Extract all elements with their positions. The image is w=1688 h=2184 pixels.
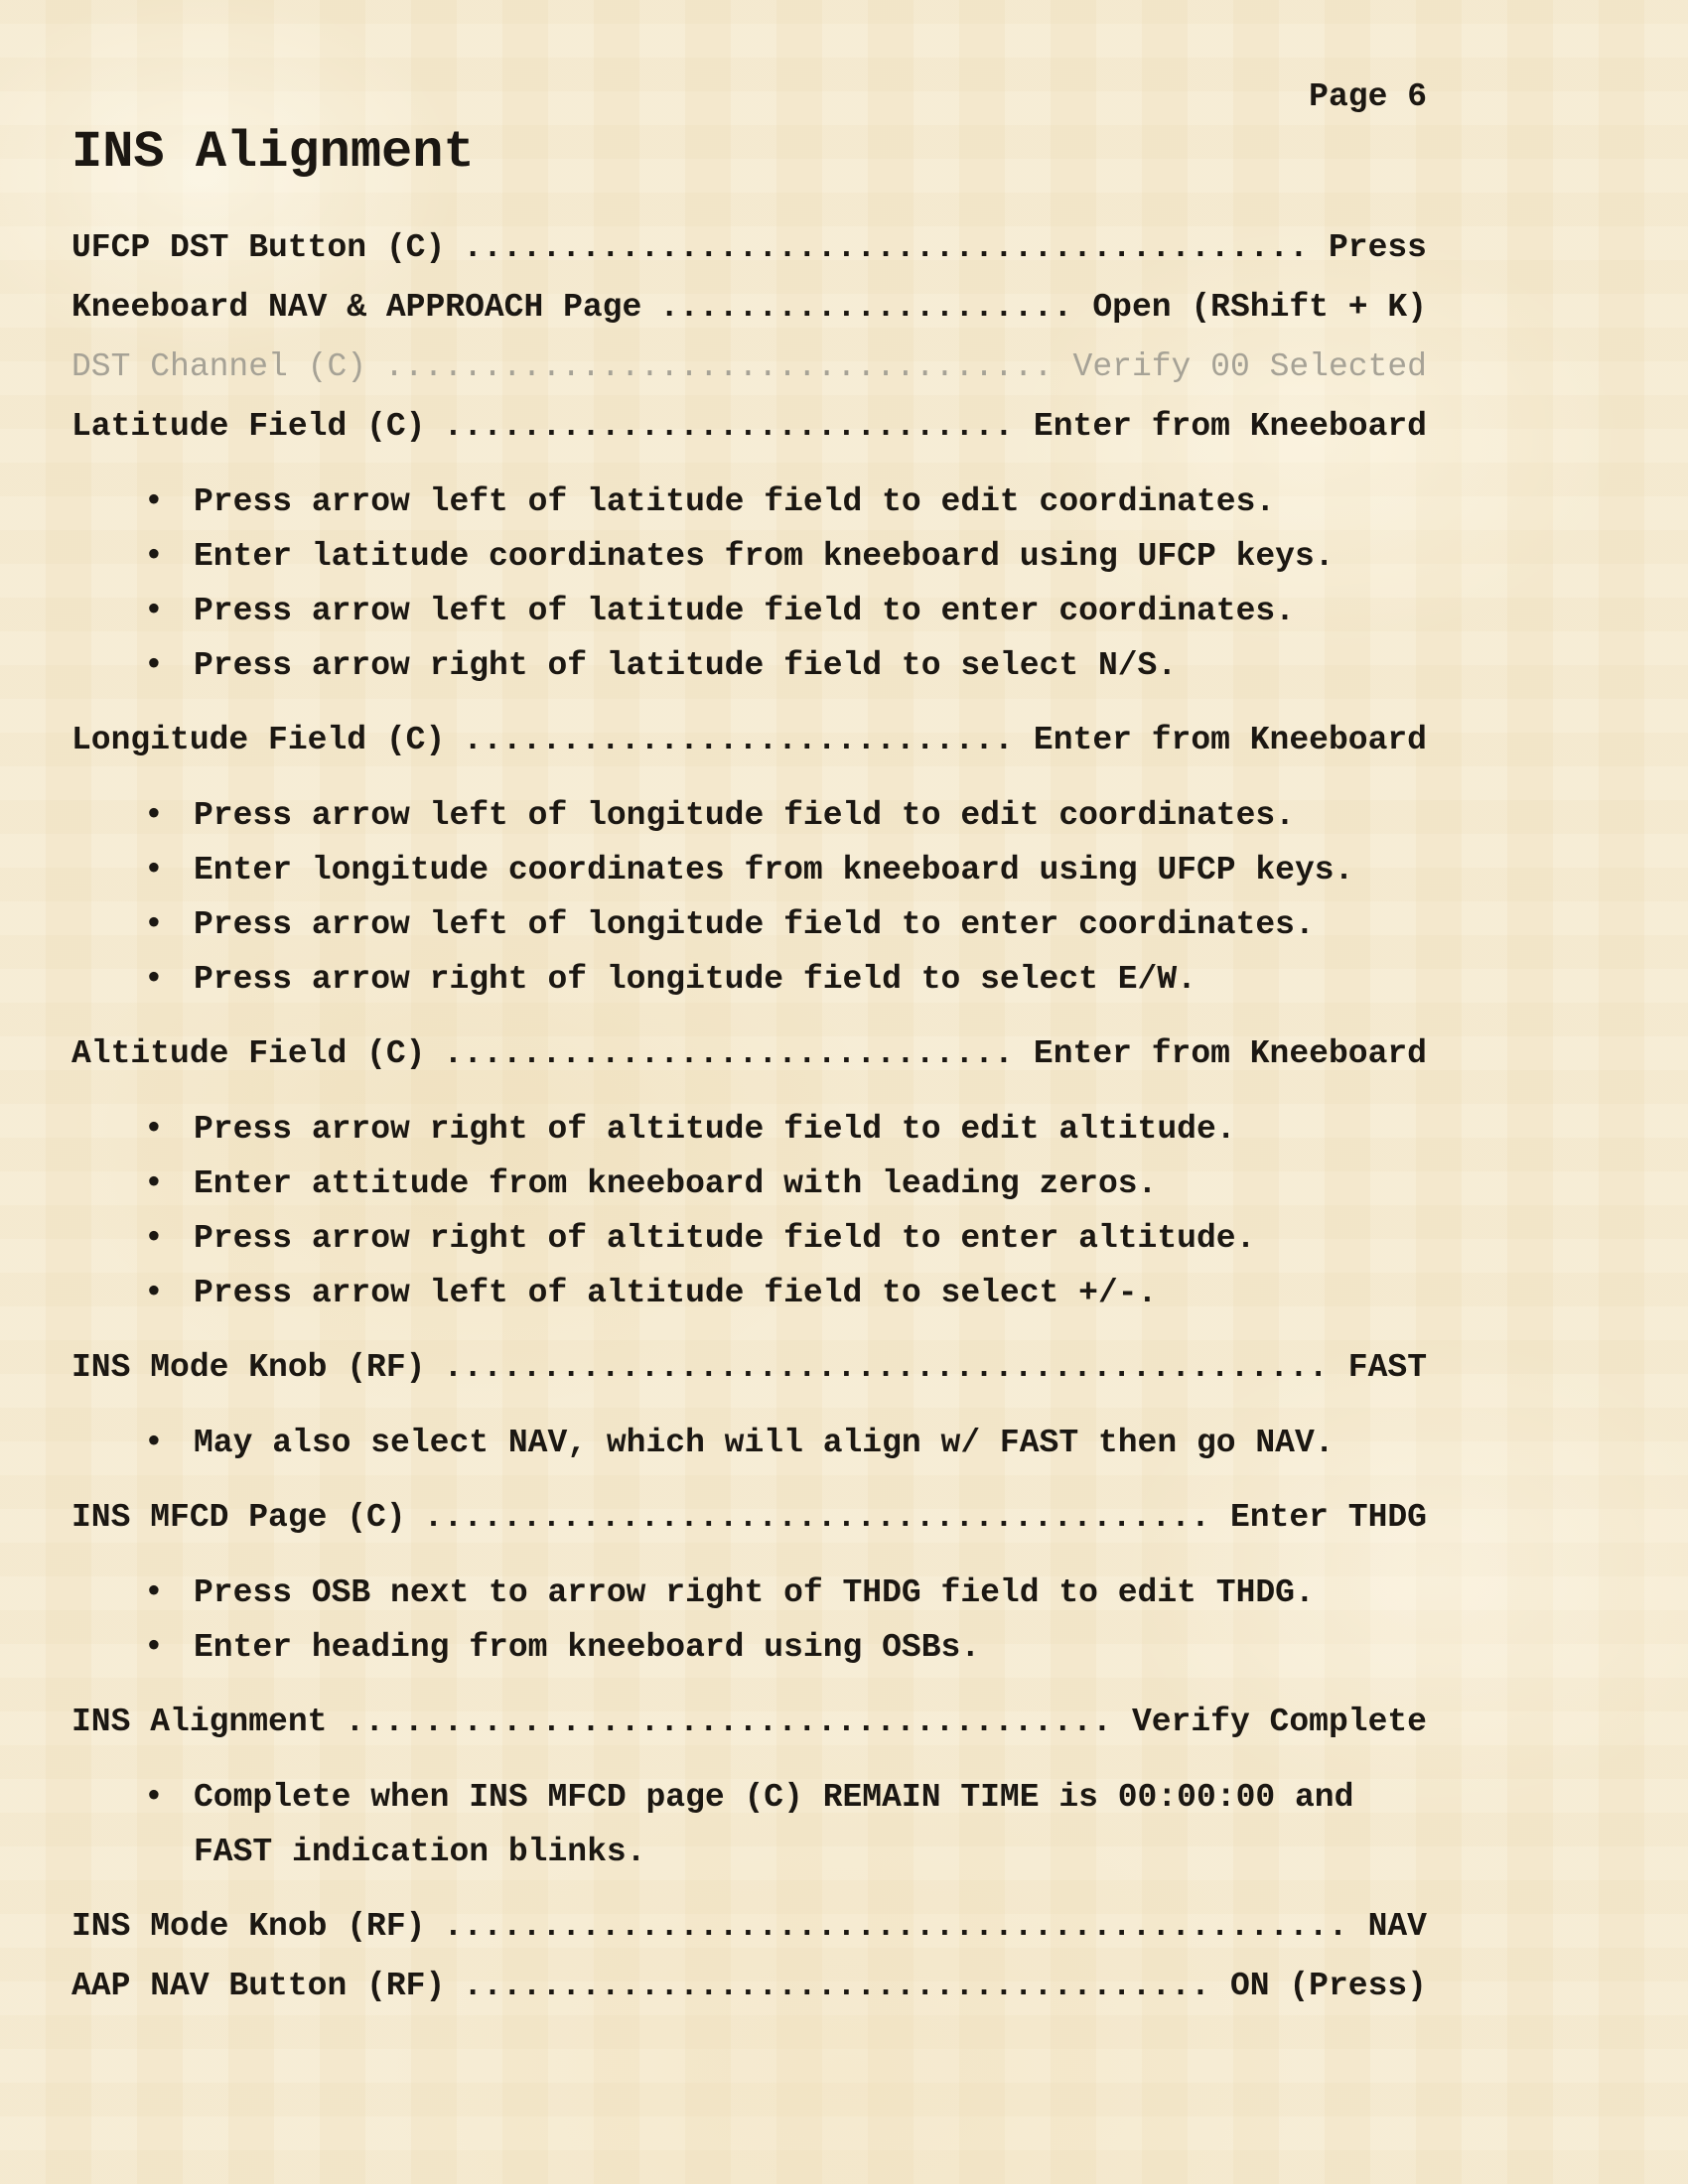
dot-leader: ........................................…	[463, 1967, 1212, 2006]
checklist-item: INS Mode Knob (RF)......................…	[71, 1907, 1427, 1947]
item-label: DST Channel (C)	[71, 347, 366, 387]
checklist-item: Latitude Field (C)......................…	[71, 407, 1427, 447]
checklist-item: INS MFCD Page (C).......................…	[71, 1498, 1427, 1538]
bullet-icon: •	[144, 638, 194, 693]
item-label: Altitude Field (C)	[71, 1034, 425, 1074]
bullet-line: Press arrow right of altitude field to e…	[194, 1211, 1427, 1266]
bullet-item: •May also select NAV, which will align w…	[71, 1416, 1427, 1470]
bullet-text: Press arrow left of longitude field to e…	[194, 897, 1427, 952]
page-title: INS Alignment	[71, 123, 1427, 183]
bullet-text: Complete when INS MFCD page (C) REMAIN T…	[194, 1770, 1427, 1879]
bullet-line: Enter latitude coordinates from kneeboar…	[194, 529, 1427, 584]
bullet-item: •Enter attitude from kneeboard with lead…	[71, 1157, 1427, 1211]
bullet-icon: •	[144, 788, 194, 843]
bullet-icon: •	[144, 1770, 194, 1879]
bullet-item: •Press OSB next to arrow right of THDG f…	[71, 1566, 1427, 1620]
bullet-line: Enter longitude coordinates from kneeboa…	[194, 843, 1427, 897]
dot-leader: ........................................…	[443, 1034, 1015, 1074]
item-label: INS Alignment	[71, 1703, 327, 1742]
item-value: Verify 00 Selected	[1073, 347, 1427, 387]
bullet-text: May also select NAV, which will align w/…	[194, 1416, 1427, 1470]
bullet-item: •Enter latitude coordinates from kneeboa…	[71, 529, 1427, 584]
bullet-line: Press arrow right of altitude field to e…	[194, 1102, 1427, 1157]
item-value: NAV	[1368, 1907, 1427, 1947]
bullet-item: •Press arrow left of longitude field to …	[71, 788, 1427, 843]
bullet-text: Enter longitude coordinates from kneeboa…	[194, 843, 1427, 897]
bullet-group: •Complete when INS MFCD page (C) REMAIN …	[71, 1770, 1427, 1879]
bullet-icon: •	[144, 1416, 194, 1470]
item-label: Longitude Field (C)	[71, 721, 445, 760]
page-number: Page 6	[71, 77, 1427, 117]
item-value: Enter THDG	[1230, 1498, 1427, 1538]
item-value: Enter from Kneeboard	[1034, 407, 1427, 447]
bullet-icon: •	[144, 1266, 194, 1320]
bullet-text: Enter attitude from kneeboard with leadi…	[194, 1157, 1427, 1211]
bullet-group: •Press arrow right of altitude field to …	[71, 1102, 1427, 1320]
bullet-line: Press arrow left of latitude field to ed…	[194, 475, 1427, 529]
item-value: Enter from Kneeboard	[1034, 721, 1427, 760]
bullet-group: •May also select NAV, which will align w…	[71, 1416, 1427, 1470]
dot-leader: ........................................…	[463, 721, 1016, 760]
item-label: INS Mode Knob (RF)	[71, 1907, 425, 1947]
bullet-text: Enter latitude coordinates from kneeboar…	[194, 529, 1427, 584]
bullet-line: Press arrow left of latitude field to en…	[194, 584, 1427, 638]
item-value: FAST	[1348, 1348, 1427, 1388]
bullet-line: Press arrow left of longitude field to e…	[194, 788, 1427, 843]
item-value: Enter from Kneeboard	[1034, 1034, 1427, 1074]
item-value: Open (RShift + K)	[1092, 288, 1427, 328]
bullet-text: Press arrow left of longitude field to e…	[194, 788, 1427, 843]
checklist-item: DST Channel (C).........................…	[71, 347, 1427, 387]
item-label: AAP NAV Button (RF)	[71, 1967, 445, 2006]
dot-leader: ........................................…	[384, 347, 1055, 387]
bullet-icon: •	[144, 529, 194, 584]
bullet-item: •Press arrow left of latitude field to e…	[71, 475, 1427, 529]
dot-leader: ........................................…	[463, 228, 1311, 268]
checklist-item: AAP NAV Button (RF).....................…	[71, 1967, 1427, 2006]
bullet-text: Press arrow left of altitude field to se…	[194, 1266, 1427, 1320]
bullet-group: •Press OSB next to arrow right of THDG f…	[71, 1566, 1427, 1675]
item-label: Latitude Field (C)	[71, 407, 425, 447]
dot-leader: ........................................…	[345, 1703, 1113, 1742]
bullet-item: •Press arrow right of longitude field to…	[71, 952, 1427, 1007]
bullet-group: •Press arrow left of latitude field to e…	[71, 475, 1427, 693]
bullet-item: •Press arrow left of latitude field to e…	[71, 584, 1427, 638]
bullet-item: •Press arrow left of altitude field to s…	[71, 1266, 1427, 1320]
bullet-line: Press OSB next to arrow right of THDG fi…	[194, 1566, 1427, 1620]
bullet-icon: •	[144, 897, 194, 952]
bullet-text: Press arrow left of latitude field to en…	[194, 584, 1427, 638]
bullet-line: Press arrow left of altitude field to se…	[194, 1266, 1427, 1320]
bullet-text: Press arrow right of longitude field to …	[194, 952, 1427, 1007]
bullet-icon: •	[144, 1566, 194, 1620]
checklist: UFCP DST Button (C).....................…	[71, 228, 1427, 2006]
dot-leader: ........................................…	[443, 407, 1015, 447]
checklist-item: Longitude Field (C).....................…	[71, 721, 1427, 760]
bullet-item: •Enter longitude coordinates from kneebo…	[71, 843, 1427, 897]
dot-leader: ........................................…	[659, 288, 1074, 328]
bullet-item: •Press arrow right of altitude field to …	[71, 1102, 1427, 1157]
bullet-line: May also select NAV, which will align w/…	[194, 1416, 1427, 1470]
item-value: Verify Complete	[1132, 1703, 1427, 1742]
bullet-group: •Press arrow left of longitude field to …	[71, 788, 1427, 1007]
item-value: Press	[1329, 228, 1427, 268]
kneeboard-page: Page 6 INS Alignment UFCP DST Button (C)…	[0, 0, 1688, 2184]
dot-leader: ........................................…	[443, 1348, 1330, 1388]
bullet-line: Enter heading from kneeboard using OSBs.	[194, 1620, 1427, 1675]
bullet-icon: •	[144, 1211, 194, 1266]
dot-leader: ........................................…	[443, 1907, 1349, 1947]
item-value: ON (Press)	[1230, 1967, 1427, 2006]
bullet-line: Enter attitude from kneeboard with leadi…	[194, 1157, 1427, 1211]
bullet-line: Press arrow left of longitude field to e…	[194, 897, 1427, 952]
item-label: INS Mode Knob (RF)	[71, 1348, 425, 1388]
bullet-text: Press arrow right of latitude field to s…	[194, 638, 1427, 693]
bullet-icon: •	[144, 843, 194, 897]
bullet-icon: •	[144, 584, 194, 638]
bullet-text: Enter heading from kneeboard using OSBs.	[194, 1620, 1427, 1675]
checklist-item: UFCP DST Button (C).....................…	[71, 228, 1427, 268]
bullet-item: •Enter heading from kneeboard using OSBs…	[71, 1620, 1427, 1675]
bullet-icon: •	[144, 1102, 194, 1157]
bullet-line: Press arrow right of longitude field to …	[194, 952, 1427, 1007]
bullet-item: •Complete when INS MFCD page (C) REMAIN …	[71, 1770, 1427, 1879]
checklist-item: Altitude Field (C)......................…	[71, 1034, 1427, 1074]
dot-leader: ........................................…	[424, 1498, 1212, 1538]
bullet-line: Press arrow right of latitude field to s…	[194, 638, 1427, 693]
bullet-text: Press OSB next to arrow right of THDG fi…	[194, 1566, 1427, 1620]
bullet-icon: •	[144, 475, 194, 529]
bullet-icon: •	[144, 1157, 194, 1211]
bullet-item: •Press arrow left of longitude field to …	[71, 897, 1427, 952]
item-label: INS MFCD Page (C)	[71, 1498, 406, 1538]
bullet-item: •Press arrow right of altitude field to …	[71, 1211, 1427, 1266]
bullet-icon: •	[144, 952, 194, 1007]
bullet-line: FAST indication blinks.	[194, 1825, 1427, 1879]
bullet-icon: •	[144, 1620, 194, 1675]
bullet-item: •Press arrow right of latitude field to …	[71, 638, 1427, 693]
checklist-item: Kneeboard NAV & APPROACH Page...........…	[71, 288, 1427, 328]
bullet-line: Complete when INS MFCD page (C) REMAIN T…	[194, 1770, 1427, 1825]
bullet-text: Press arrow left of latitude field to ed…	[194, 475, 1427, 529]
checklist-item: INS Mode Knob (RF)......................…	[71, 1348, 1427, 1388]
item-label: UFCP DST Button (C)	[71, 228, 445, 268]
bullet-text: Press arrow right of altitude field to e…	[194, 1102, 1427, 1157]
checklist-item: INS Alignment...........................…	[71, 1703, 1427, 1742]
item-label: Kneeboard NAV & APPROACH Page	[71, 288, 641, 328]
bullet-text: Press arrow right of altitude field to e…	[194, 1211, 1427, 1266]
